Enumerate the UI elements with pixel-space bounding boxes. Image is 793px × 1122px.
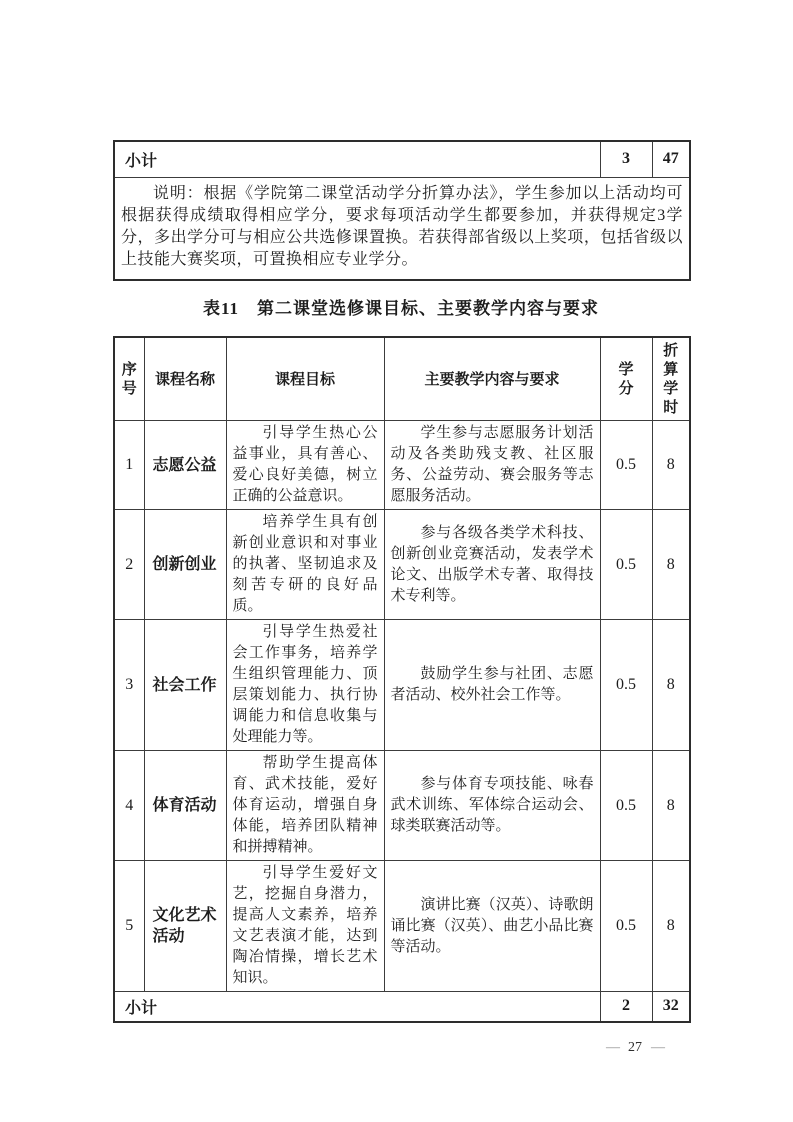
course-credit: 0.5: [600, 861, 652, 992]
course-credit: 0.5: [600, 421, 652, 510]
course-hours: 8: [652, 421, 690, 510]
course-name: 体育活动: [144, 751, 226, 861]
note-text: 说明：根据《学院第二课堂活动学分折算办法》，学生参加以上活动均可根据获得成绩取得…: [121, 183, 683, 271]
subtotal-label: 小计: [114, 992, 600, 1022]
course-objective: 培养学生具有创新创业意识和对事业的执著、坚韧追求及刻苦专研的良好品质。: [226, 510, 384, 620]
course-hours: 8: [652, 751, 690, 861]
header-hours: 折算学时: [652, 337, 690, 421]
course-content: 演讲比赛（汉英）、诗歌朗诵比赛（汉英）、曲艺小品比赛等活动。: [384, 861, 600, 992]
header-course-name: 课程名称: [144, 337, 226, 421]
course-credit: 0.5: [600, 620, 652, 751]
course-objective: 帮助学生提高体育、武术技能，爱好体育运动，增强自身体能，培养团队精神和拼搏精神。: [226, 751, 384, 861]
row-index: 2: [114, 510, 144, 620]
course-content: 参与体育专项技能、咏春武术训练、军体综合运动会、球类联赛活动等。: [384, 751, 600, 861]
course-name: 社会工作: [144, 620, 226, 751]
course-row-sports: 4 体育活动 帮助学生提高体育、武术技能，爱好体育运动，增强自身体能，培养团队精…: [114, 751, 690, 861]
course-row-innovation: 2 创新创业 培养学生具有创新创业意识和对事业的执著、坚韧追求及刻苦专研的良好品…: [114, 510, 690, 620]
document-page: 小计 3 47 说明：根据《学院第二课堂活动学分折算办法》，学生参加以上活动均可…: [0, 0, 793, 1122]
prev-subtotal-label: 小计: [114, 141, 600, 177]
subtotal-row: 小计 2 32: [114, 992, 690, 1022]
table-header-row: 序号 课程名称 课程目标 主要教学内容与要求 学分 折算学时: [114, 337, 690, 421]
course-objective: 引导学生热爱社会工作事务，培养学生组织管理能力、顶层策划能力、执行协调能力和信息…: [226, 620, 384, 751]
course-content: 学生参与志愿服务计划活动及各类助残支教、社区服务、公益劳动、赛会服务等志愿服务活…: [384, 421, 600, 510]
row-index: 3: [114, 620, 144, 751]
prev-subtotal-credit: 3: [600, 141, 652, 177]
table-title: 表11 第二课堂选修课目标、主要教学内容与要求: [113, 281, 689, 336]
course-credit: 0.5: [600, 751, 652, 861]
course-content: 参与各级各类学术科技、创新创业竞赛活动，发表学术论文、出版学术专著、取得技术专利…: [384, 510, 600, 620]
header-objective: 课程目标: [226, 337, 384, 421]
course-name: 创新创业: [144, 510, 226, 620]
course-hours: 8: [652, 620, 690, 751]
row-index: 1: [114, 421, 144, 510]
document-content: 小计 3 47 说明：根据《学院第二课堂活动学分折算办法》，学生参加以上活动均可…: [113, 140, 689, 1023]
previous-table-continuation: 小计 3 47 说明：根据《学院第二课堂活动学分折算办法》，学生参加以上活动均可…: [113, 140, 691, 281]
elective-course-table: 序号 课程名称 课程目标 主要教学内容与要求 学分 折算学时 1 志愿公益 引导…: [113, 336, 691, 1023]
course-row-volunteer: 1 志愿公益 引导学生热心公益事业，具有善心、爱心良好美德，树立正确的公益意识。…: [114, 421, 690, 510]
header-credit: 学分: [600, 337, 652, 421]
footer-left-dash: —: [606, 1040, 619, 1056]
subtotal-credit: 2: [600, 992, 652, 1022]
course-name: 文化艺术活动: [144, 861, 226, 992]
note-cell: 说明：根据《学院第二课堂活动学分折算办法》，学生参加以上活动均可根据获得成绩取得…: [114, 177, 690, 280]
header-index: 序号: [114, 337, 144, 421]
page-number: 27: [628, 1040, 642, 1056]
prev-subtotal-hours: 47: [652, 141, 690, 177]
note-row: 说明：根据《学院第二课堂活动学分折算办法》，学生参加以上活动均可根据获得成绩取得…: [114, 177, 690, 280]
course-row-culture-art: 5 文化艺术活动 引导学生爱好文艺，挖掘自身潜力，提高人文素养，培养文艺表演才能…: [114, 861, 690, 992]
course-row-social-work: 3 社会工作 引导学生热爱社会工作事务，培养学生组织管理能力、顶层策划能力、执行…: [114, 620, 690, 751]
footer-right-dash: —: [651, 1040, 664, 1056]
row-index: 5: [114, 861, 144, 992]
row-index: 4: [114, 751, 144, 861]
course-credit: 0.5: [600, 510, 652, 620]
course-content: 鼓励学生参与社团、志愿者活动、校外社会工作等。: [384, 620, 600, 751]
header-content: 主要教学内容与要求: [384, 337, 600, 421]
course-hours: 8: [652, 861, 690, 992]
course-name: 志愿公益: [144, 421, 226, 510]
subtotal-hours: 32: [652, 992, 690, 1022]
course-objective: 引导学生爱好文艺，挖掘自身潜力，提高人文素养，培养文艺表演才能，达到陶冶情操，增…: [226, 861, 384, 992]
page-footer: — 27 —: [585, 1040, 685, 1056]
prev-subtotal-row: 小计 3 47: [114, 141, 690, 177]
course-objective: 引导学生热心公益事业，具有善心、爱心良好美德，树立正确的公益意识。: [226, 421, 384, 510]
course-hours: 8: [652, 510, 690, 620]
